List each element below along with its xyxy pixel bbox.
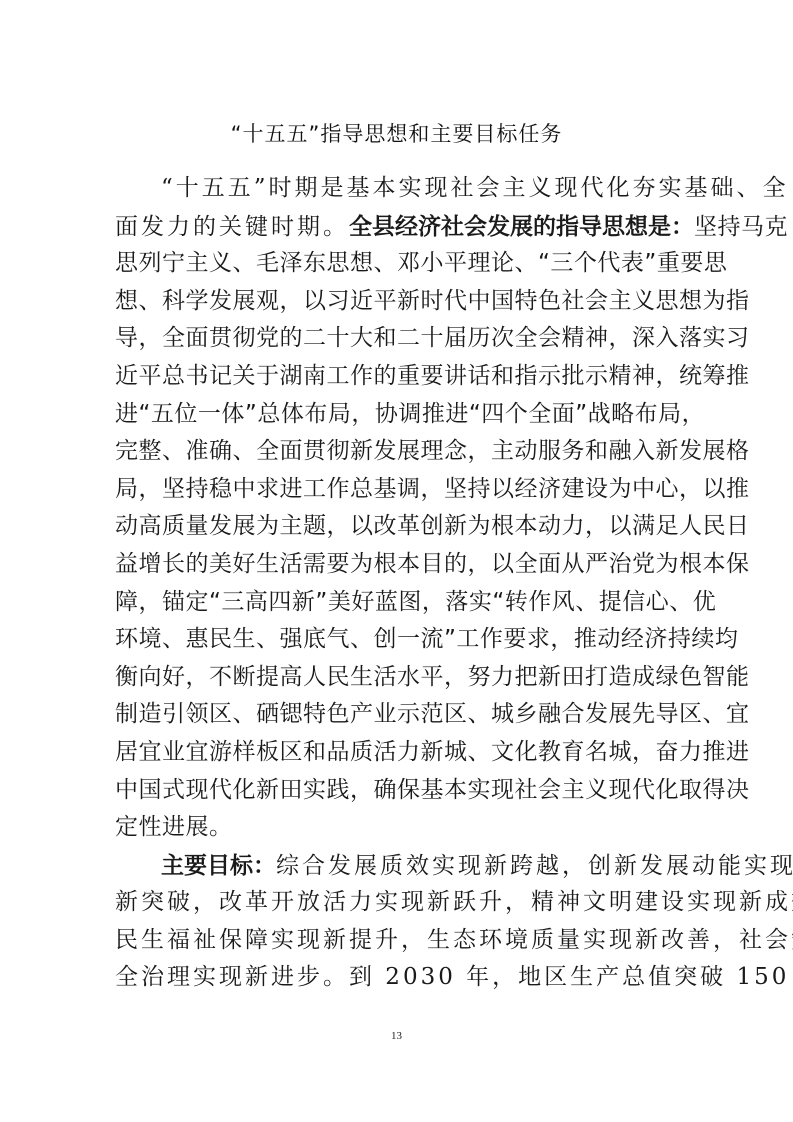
body-text: “十五五”时期是基本实现社会主义现代化夯实基础、全 面发力的关键时期。全县经济社… (115, 170, 687, 997)
text-line: 环境、惠民生、强底气、创一流”工作要求，推动经济持续均 (115, 621, 687, 659)
text-line: 新突破，改革开放活力实现新跃升，精神文明建设实现新成效， (115, 884, 687, 922)
text-run: 面发力的关键时期。 (115, 214, 349, 240)
text-line: 衡向好，不断提高人民生活水平，努力把新田打造成绿色智能 (115, 659, 687, 697)
bold-heading-main-goals: 主要目标： (161, 852, 276, 879)
text-line: 全治理实现新进步。到 2030 年，地区生产总值突破 150 亿元。 (115, 959, 687, 997)
page-number: 13 (0, 1030, 793, 1042)
text-line: 中国式现代化新田实践，确保基本实现社会主义现代化取得决 (115, 772, 687, 810)
paragraph-main-goals: 主要目标：综合发展质效实现新跨越，创新发展动能实现 新突破，改革开放活力实现新跃… (115, 847, 687, 997)
text-line: 居宜业宜游样板区和品质活力新城、文化教育名城，奋力推进 (115, 734, 687, 772)
page-title: “十五五”指导思想和主要目标任务 (0, 118, 793, 148)
text-line: 制造引领区、硒锶特色产业示范区、城乡融合发展先导区、宜 (115, 696, 687, 734)
text-line: “十五五”时期是基本实现社会主义现代化夯实基础、全 (115, 170, 687, 208)
document-page: “十五五”指导思想和主要目标任务 “十五五”时期是基本实现社会主义现代化夯实基础… (0, 0, 793, 1122)
text-line: 定性进展。 (115, 809, 687, 847)
text-line: 主要目标：综合发展质效实现新跨越，创新发展动能实现 (115, 847, 687, 885)
text-line: 完整、准确、全面贯彻新发展理念，主动服务和融入新发展格 (115, 433, 687, 471)
text-run: 坚持马克 (694, 214, 788, 240)
text-line: 动高质量发展为主题，以改革创新为根本动力，以满足人民日 (115, 508, 687, 546)
text-line: 益增长的美好生活需要为根本目的，以全面从严治党为根本保 (115, 546, 687, 584)
bold-heading-guiding-ideology: 全县经济社会发展的指导思想是： (349, 213, 694, 240)
text-line: 想、科学发展观，以习近平新时代中国特色社会主义思想为指 (115, 283, 687, 321)
text-line: 面发力的关键时期。全县经济社会发展的指导思想是：坚持马克 (115, 208, 687, 246)
text-line: 思列宁主义、毛泽东思想、邓小平理论、“三个代表”重要思 (115, 245, 687, 283)
text-line: 近平总书记关于湖南工作的重要讲话和指示批示精神，统筹推 (115, 358, 687, 396)
text-run: 综合发展质效实现新跨越，创新发展动能实现 (276, 853, 793, 879)
text-line: 民生福祉保障实现新提升，生态环境质量实现新改善，社会安 (115, 922, 687, 960)
text-line: 导，全面贯彻党的二十大和二十届历次全会精神，深入落实习 (115, 320, 687, 358)
paragraph-guiding-ideology: “十五五”时期是基本实现社会主义现代化夯实基础、全 面发力的关键时期。全县经济社… (115, 170, 687, 847)
text-line: 局，坚持稳中求进工作总基调，坚持以经济建设为中心，以推 (115, 471, 687, 509)
text-line: 进“五位一体”总体布局，协调推进“四个全面”战略布局， (115, 396, 687, 434)
text-line: 障，锚定“三高四新”美好蓝图，落实“转作风、提信心、优 (115, 584, 687, 622)
